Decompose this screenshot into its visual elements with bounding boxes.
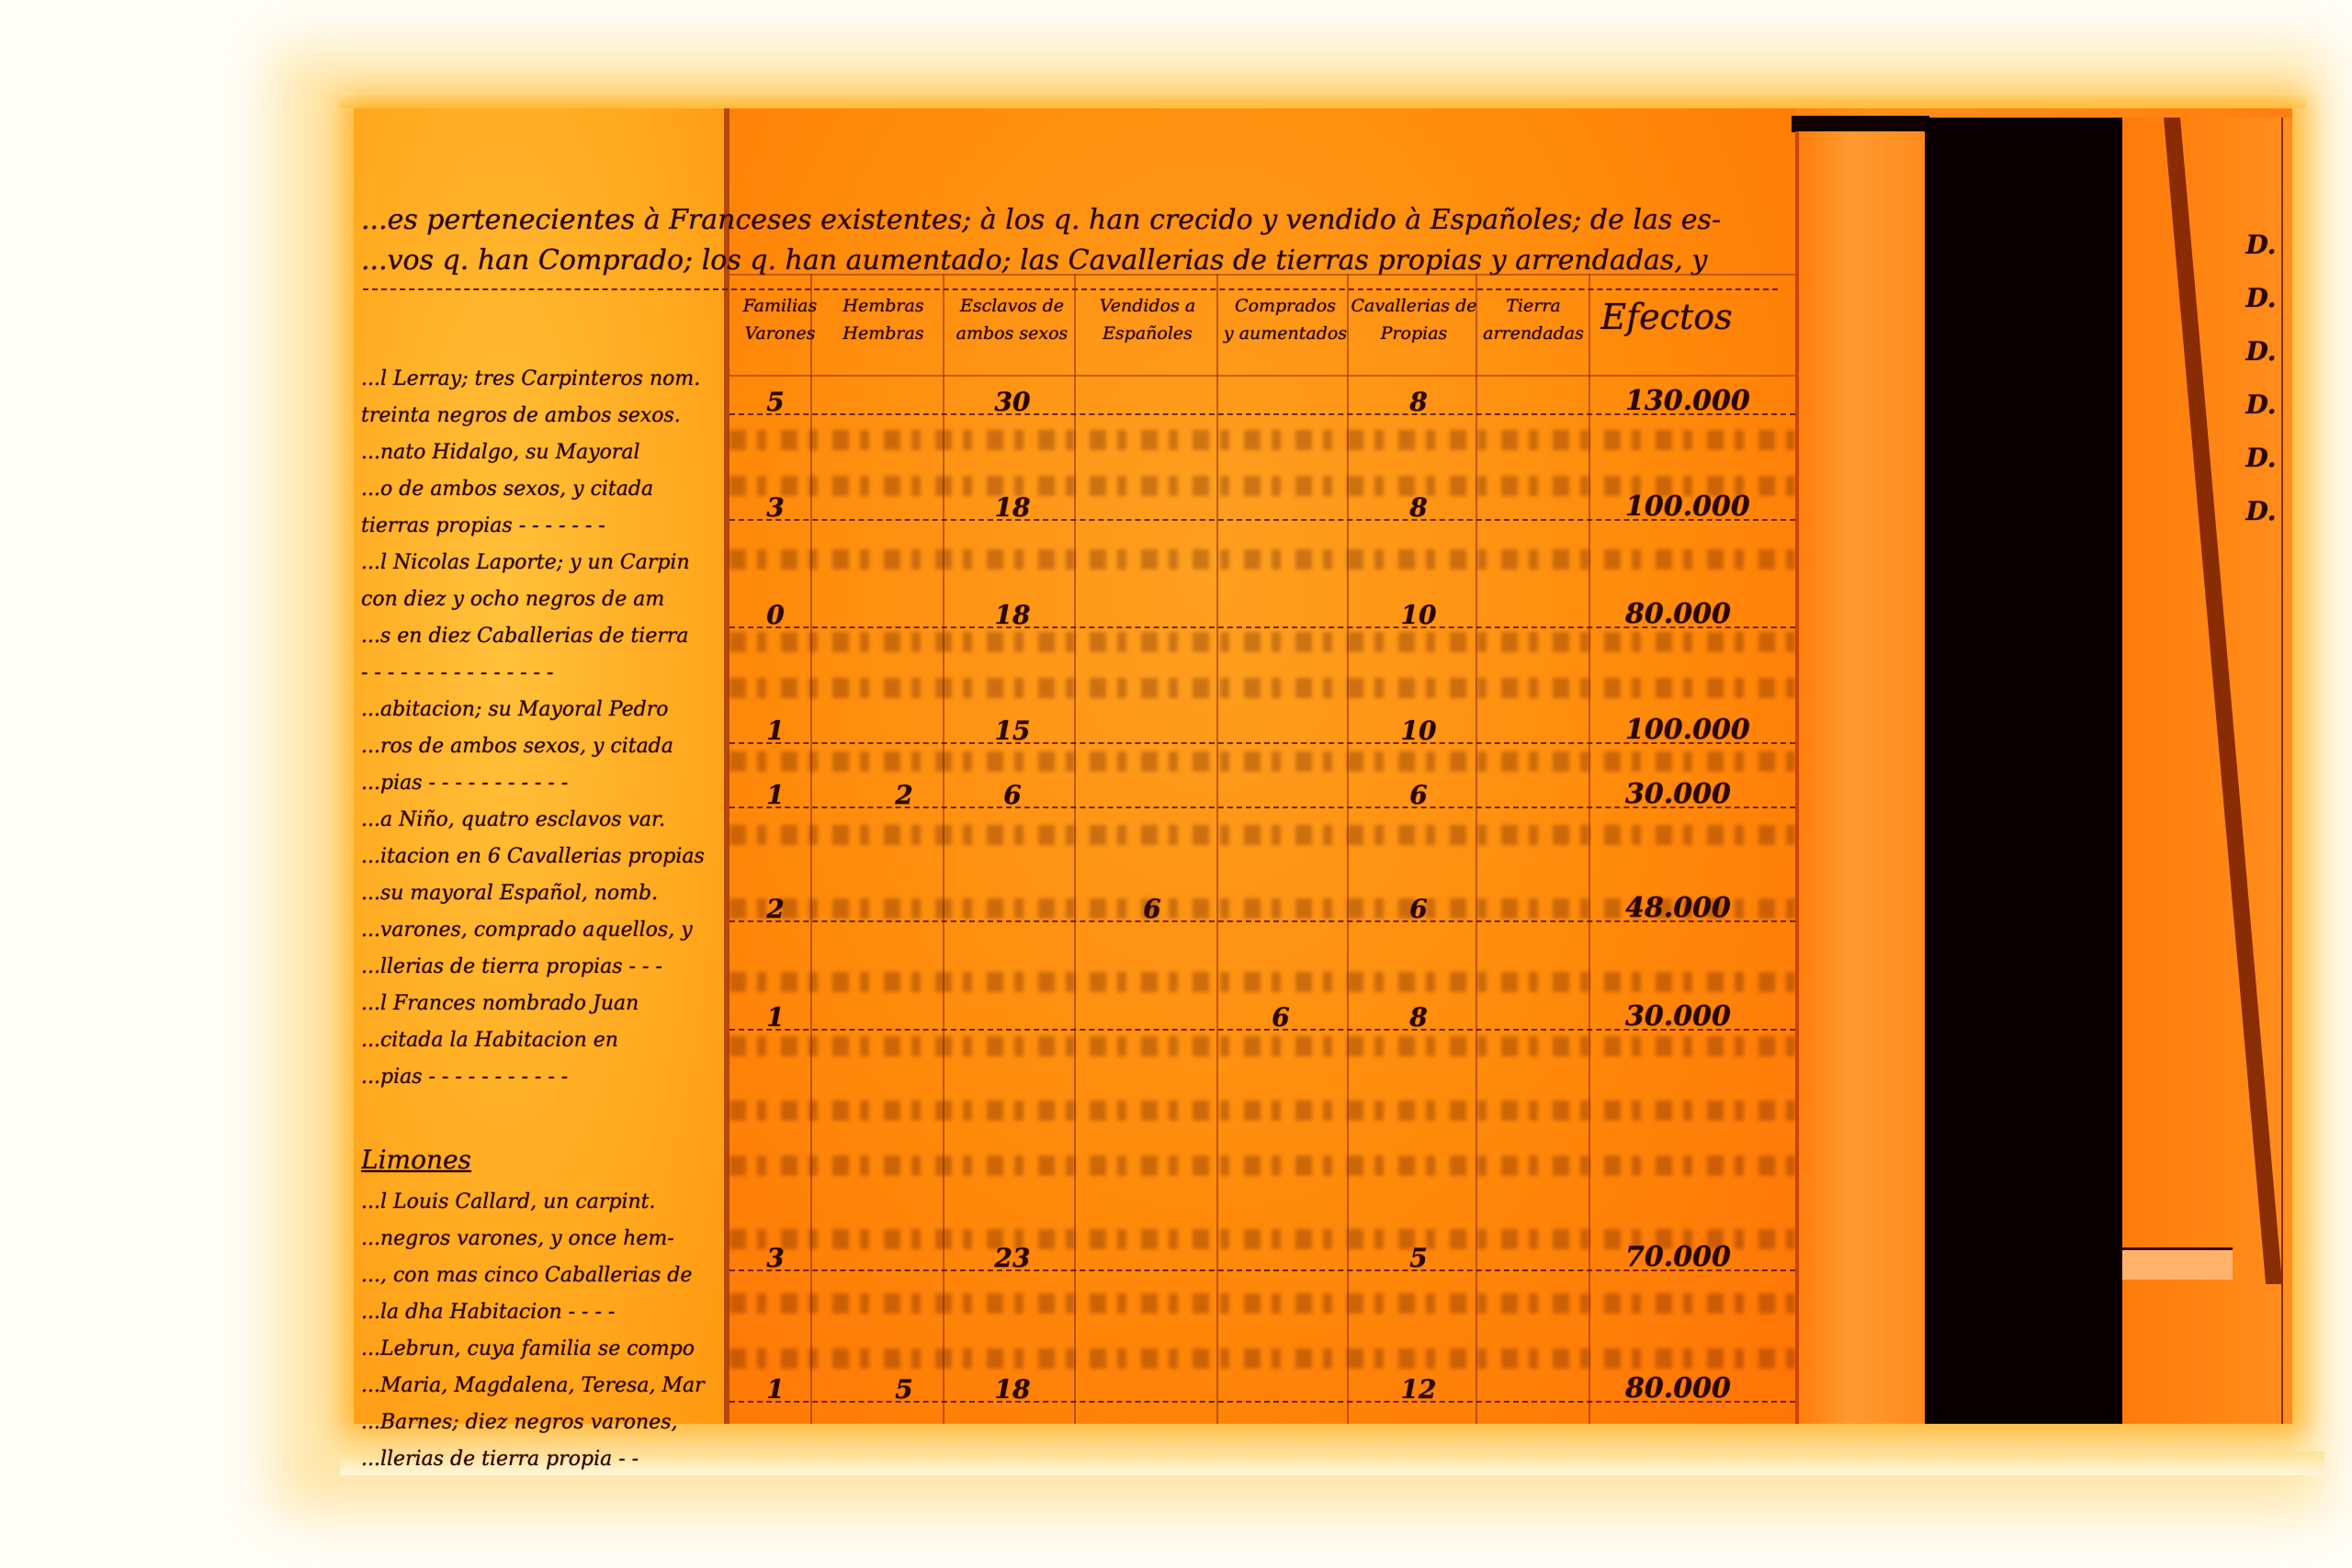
bleed-through [729,972,1795,992]
text-line: ...su mayoral Español, nomb. [361,875,719,912]
cell-efectos: 30.000 [1625,1000,1781,1032]
section-title: Limones [361,1142,719,1184]
cell-propias: 5 [1382,1243,1455,1273]
cell-esclavos: 18 [976,600,1049,630]
cell-comprados: 6 [1244,1002,1317,1032]
header-label: Hembras [821,320,945,347]
column-header-esclavos: Esclavos de ambos sexos [950,292,1074,347]
text-line: ...pias - - - - - - - - - - - [361,765,719,802]
header-label: Hembras [821,292,945,320]
cell-familias: 3 [739,492,812,523]
text-line: con diez y ocho negros de am [361,581,719,618]
header-bottom-rule [729,375,1795,377]
header-label: Familias [729,292,831,320]
text-line: ...s en diez Caballerias de tierra [361,618,719,655]
column-header-familias: Familias Varones [729,292,831,347]
table-row: 0 18 10 80.000 [729,597,1795,634]
column-header-propias: Cavallerias de Propias [1350,292,1478,347]
cell-familias: 1 [739,716,812,746]
bleed-through [729,1348,1795,1369]
header-label: Comprados [1221,292,1350,320]
cell-propias: 6 [1382,894,1455,924]
bleed-through [729,825,1795,845]
margin-mark: D. [2243,219,2279,272]
manuscript-sheet: ...es pertenecientes à Franceses existen… [354,108,2292,1424]
cell-esclavos: 15 [976,716,1049,746]
bleed-through [729,1100,1795,1121]
cell-propias: 10 [1382,600,1455,630]
black-top-edge [1792,116,1929,132]
text-line: ...varones, comprado aquellos, y [361,912,719,949]
cell-esclavos: 30 [976,387,1049,417]
cell-esclavos: 18 [976,492,1049,523]
cell-familias: 1 [739,1002,812,1032]
header-label: Tierra [1478,292,1589,320]
text-line: ...Barnes; diez negros varones, [361,1404,719,1441]
text-line: ...ros de ambos sexos, y citada [361,728,719,765]
header-label: Cavallerias de [1350,292,1478,320]
header-label: Varones [729,320,831,347]
cell-familias: 1 [739,780,812,810]
document-heading: ...es pertenecientes à Franceses existen… [361,200,1794,281]
margin-marks: D. D. D. D. D. D. [2243,219,2279,538]
paper-strip [1795,131,1928,1424]
text-line: - - - - - - - - - - - - - - - [361,655,719,692]
paper-tab [2122,1247,2233,1280]
text-line: ...l Louis Callard, un carpint. [361,1184,719,1221]
text-line: treinta negros de ambos sexos. [361,398,719,434]
bleed-through [729,430,1795,450]
cell-propias: 6 [1382,780,1455,810]
cell-propias: 8 [1382,1002,1455,1032]
column-header-comprados: Comprados y aumentados [1221,292,1350,347]
bleed-through [729,1036,1795,1056]
margin-mark: D. [2243,378,2279,432]
cell-efectos: 30.000 [1625,778,1781,810]
column-header-arrendadas: Tierra arrendadas [1478,292,1589,347]
table-row: 1 5 18 12 80.000 [729,1371,1795,1408]
cell-propias: 8 [1382,492,1455,523]
text-line: ...l Frances nombrado Juan [361,986,719,1022]
text-line: ...citada la Habitacion en [361,1022,719,1059]
bleed-through [729,1293,1795,1314]
cell-familias: 3 [739,1243,812,1273]
cell-familias: 5 [739,387,812,417]
margin-mark: D. [2243,272,2279,325]
text-line: tierras propias - - - - - - - [361,508,719,545]
table-row: 1 6 8 30.000 [729,999,1795,1036]
header-label: arrendadas [1478,320,1589,347]
header-label: Vendidos a [1079,292,1216,320]
bleed-through [729,632,1795,652]
bleed-through [729,751,1795,772]
cell-efectos: 100.000 [1625,491,1781,523]
cell-familias: 2 [739,894,812,924]
cell-efectos: 70.000 [1625,1241,1781,1273]
heading-line-1: ...es pertenecientes à Franceses existen… [361,200,1794,241]
cell-vendidos: 6 [1115,894,1189,924]
cell-propias: 12 [1382,1374,1455,1404]
header-label: ambos sexos [950,320,1074,347]
cell-esclavos: 23 [976,1243,1049,1273]
cell-hembras: 2 [867,780,941,810]
cell-efectos: 80.000 [1625,598,1781,630]
table-row: 5 30 8 130.000 [729,384,1795,421]
cell-propias: 8 [1382,387,1455,417]
ledger-table: Familias Varones Hembras Hembras Esclavo… [729,274,1795,1424]
text-line: ...l Lerray; tres Carpinteros nom. [361,361,719,398]
column-header-efectos: Efectos [1593,303,1740,331]
header-label: Españoles [1079,320,1216,347]
header-label: Propias [1350,320,1478,347]
table-row: 3 18 8 100.000 [729,490,1795,526]
text-line: ...itacion en 6 Cavallerias propias [361,839,719,875]
text-line: ...llerias de tierra propia - - [361,1441,719,1478]
cell-familias: 1 [739,1374,812,1404]
black-bar [1925,118,2122,1424]
scan-edge-top [340,92,2306,108]
text-line: ...Maria, Magdalena, Teresa, Mar [361,1368,719,1404]
text-line: ...negros varones, y once hem- [361,1221,719,1258]
adjacent-page-strip: D. D. D. D. D. D. [2122,118,2292,1424]
margin-mark: D. [2243,325,2279,378]
column-header-vendidos: Vendidos a Españoles [1079,292,1216,347]
cell-efectos: 48.000 [1625,892,1781,924]
bleed-through [729,678,1795,698]
cell-esclavos: 6 [976,780,1049,810]
table-row: 1 2 6 6 30.000 [729,777,1795,814]
margin-mark: D. [2243,485,2279,538]
text-line: ...Lebrun, cuya familia se compo [361,1331,719,1368]
margin-mark: D. [2243,432,2279,485]
table-row: 2 6 6 48.000 [729,891,1795,928]
left-text-column: ...l Lerray; tres Carpinteros nom. trein… [361,361,719,1478]
margin-rule [2281,118,2283,1424]
bleed-through [729,1156,1795,1176]
cell-efectos: 130.000 [1625,385,1781,417]
text-line: ...o de ambos sexos, y citada [361,471,719,508]
cell-efectos: 100.000 [1625,714,1781,746]
bleed-through [729,549,1795,570]
text-line: ...pias - - - - - - - - - - - [361,1059,719,1096]
table-row: 3 23 5 70.000 [729,1240,1795,1277]
text-line: ...llerias de tierra propias - - - [361,949,719,986]
cell-propias: 10 [1382,716,1455,746]
text-line: ...abitacion; su Mayoral Pedro [361,692,719,728]
text-line: ...la dha Habitacion - - - - [361,1294,719,1331]
cell-familias: 0 [739,600,812,630]
cell-efectos: 80.000 [1625,1372,1781,1404]
text-line: ...l Nicolas Laporte; y un Carpin [361,545,719,581]
header-label: y aumentados [1221,320,1350,347]
header-top-rule [729,274,1795,276]
text-line: ...a Niño, quatro esclavos var. [361,802,719,839]
column-header-hembras: Hembras Hembras [821,292,945,347]
header-label: Esclavos de [950,292,1074,320]
text-line: ..., con mas cinco Caballerias de [361,1258,719,1294]
cell-esclavos: 18 [976,1374,1049,1404]
cell-hembras: 5 [867,1374,941,1404]
header-label: Efectos [1593,303,1740,331]
table-row: 1 15 10 100.000 [729,713,1795,750]
text-line: ...nato Hidalgo, su Mayoral [361,434,719,471]
